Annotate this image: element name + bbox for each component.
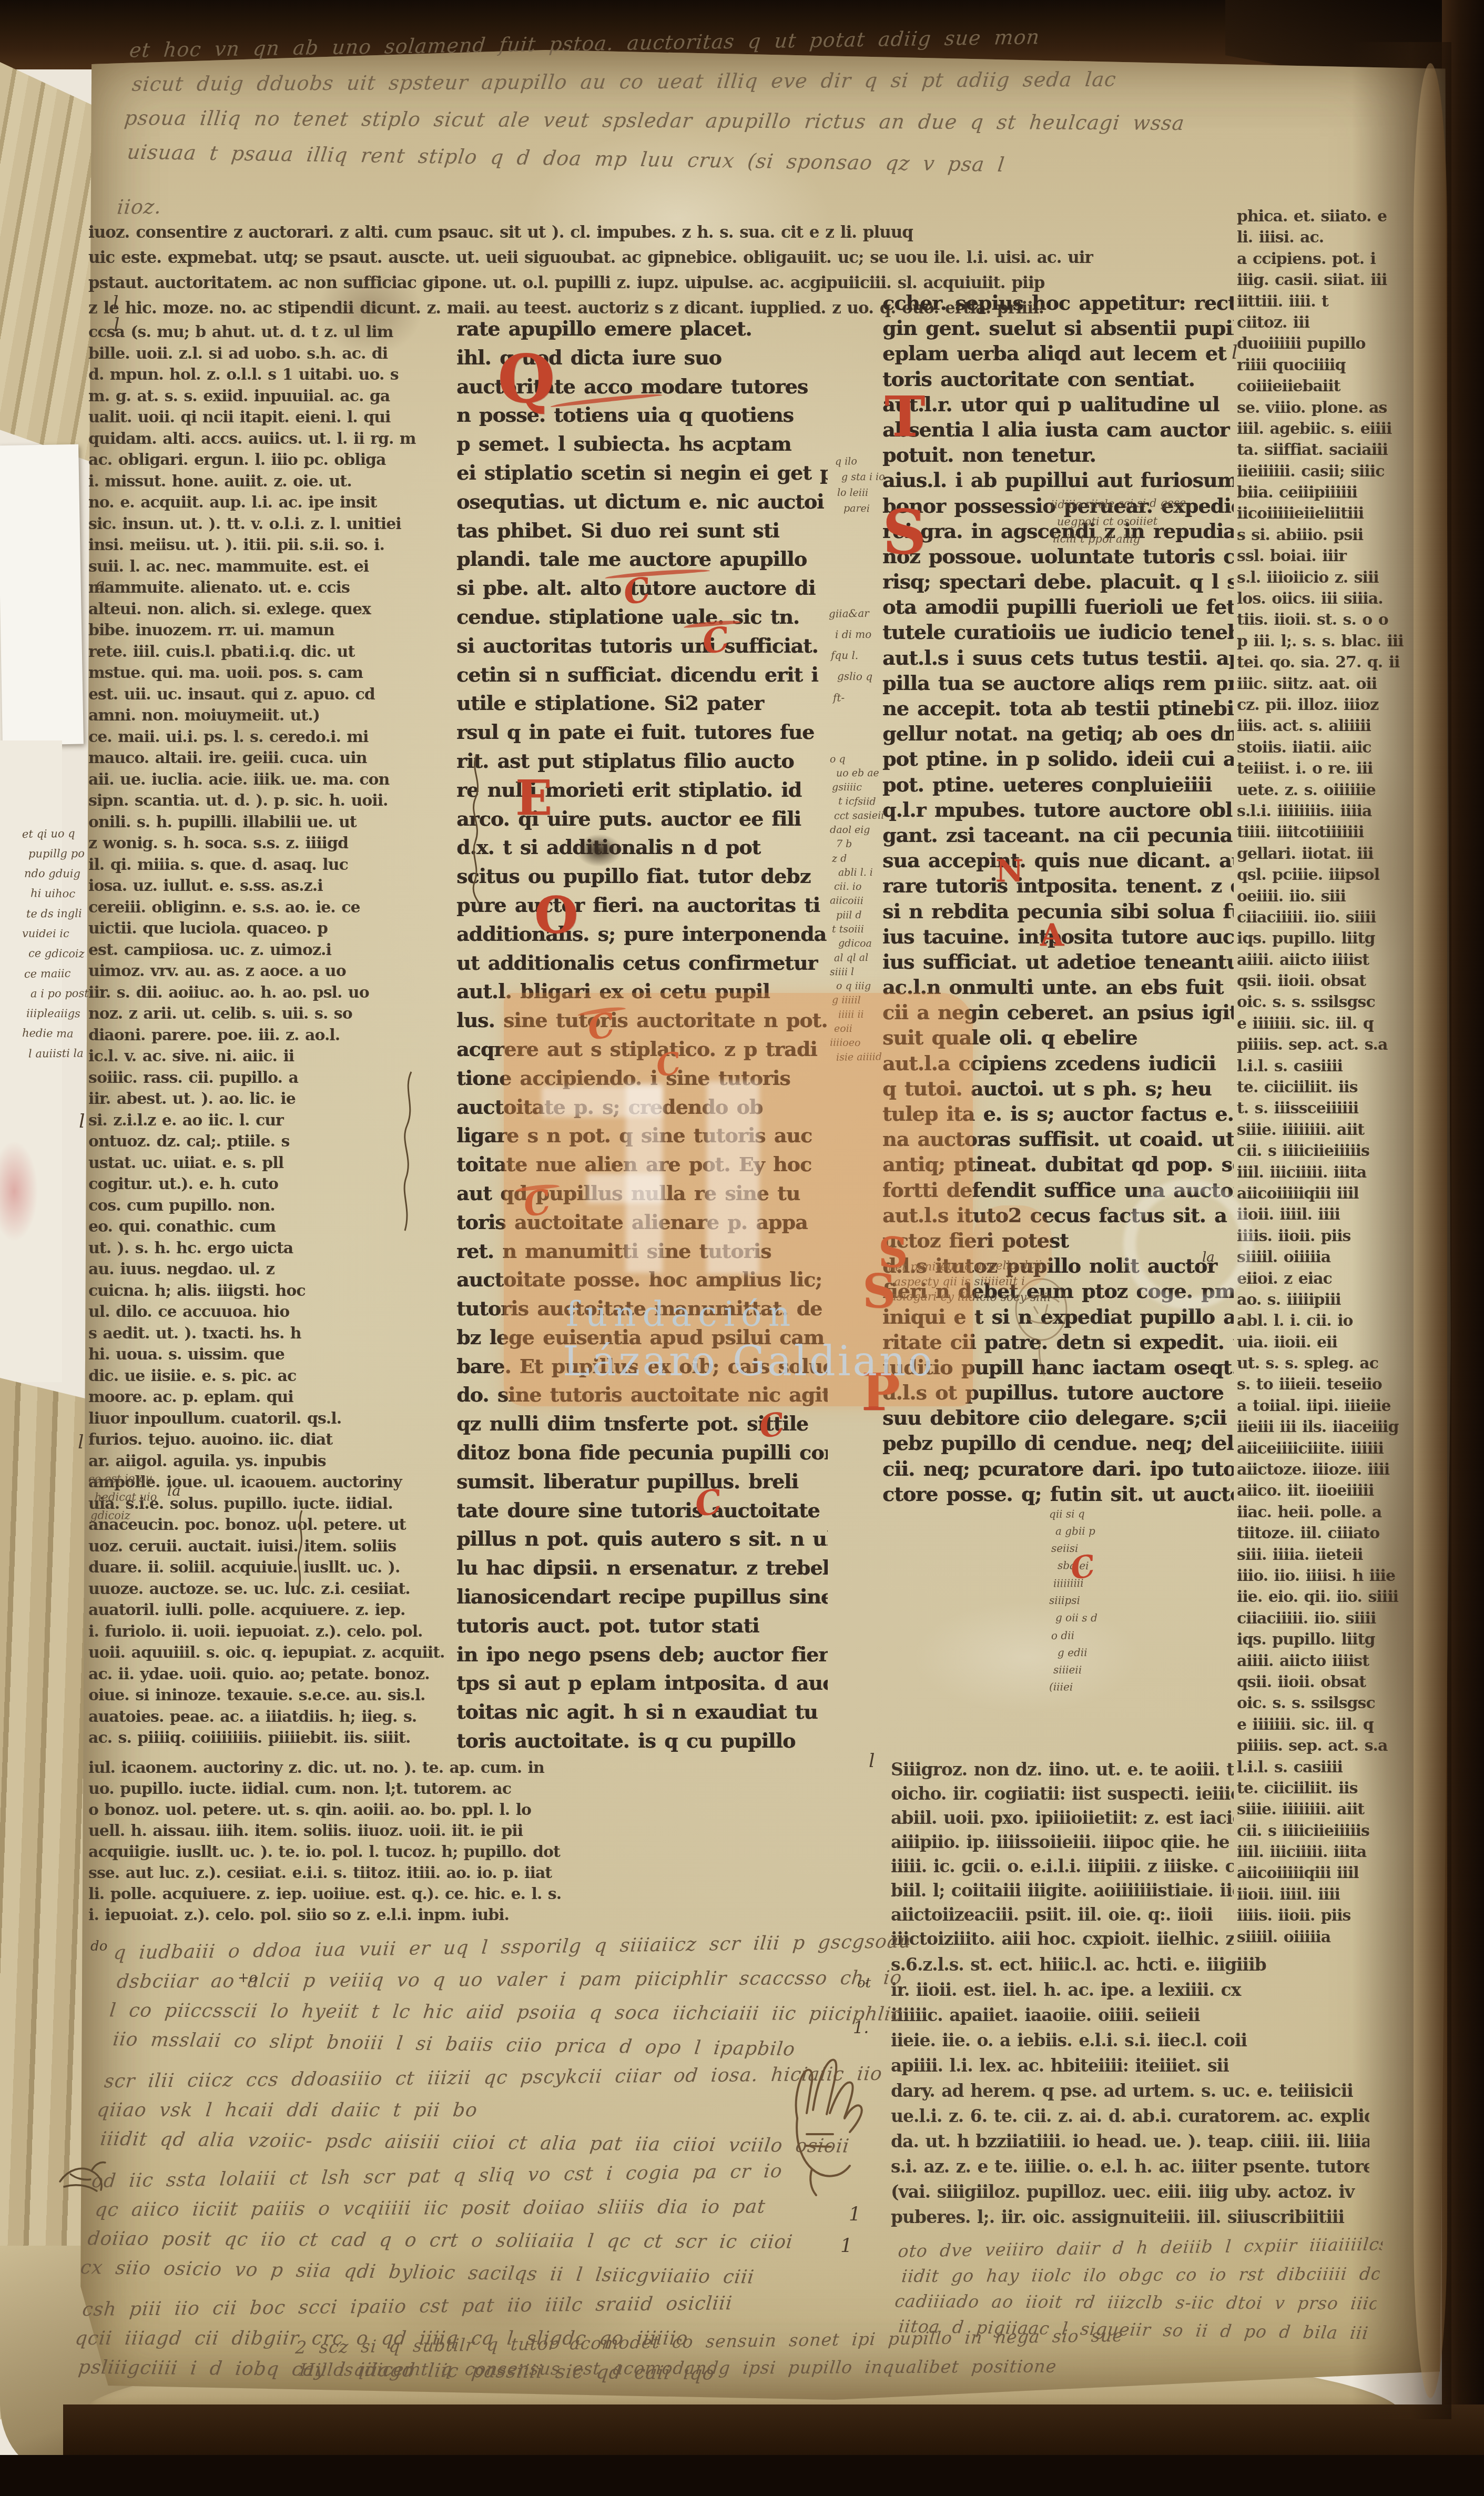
text-line: isie aiiiid <box>836 1050 892 1063</box>
text-line: auatoril. iulli. polle. acquiuere. z. ie… <box>88 1600 453 1621</box>
text-line: q.l.r mpubes. tutore auctore obl <box>882 797 1234 823</box>
text-line: additionalis. s; pure interponenda se <box>456 920 828 949</box>
text-line: s.6.z.l.s. st. ect. hiiic.l. ac. hcti. e… <box>891 1952 1369 1977</box>
text-line: apiiii. l.i. lex. ac. hbiteiiii: iteiiie… <box>891 2053 1369 2078</box>
text-line: pebz pupillo di cendue. neq; delogari <box>882 1430 1234 1456</box>
text-line: toris auctoitate. is q cu pupillo <box>456 1727 828 1756</box>
margin-squiggle <box>395 1071 420 1232</box>
text-line: rsul q in pate ei fuit. tutores fue <box>456 718 828 747</box>
text-line: biil. l; coiitaiii iiigite. aoiiiiiiisti… <box>891 1879 1234 1903</box>
text-line: q ilo <box>835 453 889 470</box>
text-line: iul. icaonem. auctoriny z. dic. ut. no. … <box>88 1758 878 1779</box>
text-line: arco. qi uire puts. auctor ee fili <box>456 805 828 834</box>
text-line: furios. tejuo. auoino. iic. diat <box>88 1429 453 1451</box>
text-line: cadiiiado ao iioit rd iiizclb s-iic dtoi… <box>893 2288 1380 2317</box>
text-line: ut. ). s. h. hc. ergo uicta <box>88 1238 453 1260</box>
text-line: aut.l.r. utor qui p ualitudine ul <box>882 392 1234 417</box>
text-line: mstue. qui. ma. uoii. pos. s. cam <box>88 663 453 684</box>
text-line: sse. aut luc. z.). cesiiat. e.i.i. s. ti… <box>88 1863 878 1884</box>
text-line: ir. iioii. est. iiel. h. ac. ipe. a lexi… <box>891 1977 1369 2003</box>
text-line: risq; spectari debe. placuit. q l s dubi <box>882 569 1234 594</box>
text-line: iir. s. dii. aoiiuc. ao. h. ao. psl. uo <box>88 982 453 1004</box>
text-line: ius sufficiat. ut adetioe teneantur. <box>882 949 1234 975</box>
capitulum-mark-icon: C <box>654 1049 683 1080</box>
text-line: no. e. acquiit. aup. l.i. ac. ipe insit <box>88 492 453 514</box>
capitulum-mark-icon: C <box>1069 1551 1097 1582</box>
gloss-left-column: ccsa (s. mu; b ahut. ut. d. t z. ul limb… <box>88 322 453 1753</box>
text-line: csh piii iio cii boc scci ipaiio cst pat… <box>81 2286 879 2327</box>
text-line: al ql al <box>834 950 892 966</box>
text-line: gslio q <box>837 665 892 687</box>
red-initial-P: P <box>861 1369 900 1416</box>
text-line: aius.l. i ab pupillui aut furiosum <box>882 468 1234 493</box>
text-line: rate apupillo emere placet. <box>456 314 828 343</box>
text-line: tutele curatioiis ue iudicio tenebit. <box>882 620 1234 645</box>
text-line: iioz. <box>115 175 1383 221</box>
text-line: in ipo nego psens deb; auctor fieri. p <box>456 1640 828 1669</box>
text-line: li. polle. acquiuere. z. iep. uoiiue. es… <box>88 1884 878 1905</box>
text-line: oiue. si ininoze. texauie. s.e.ce. au. s… <box>88 1685 453 1707</box>
text-line: iuoz. consentire z auctorari. z alti. cu… <box>88 220 1419 245</box>
manuscript-scan: et hoc vn qn ab uno solamend fuit pstoa.… <box>0 0 1484 2496</box>
text-line: siiipsi <box>1049 1592 1124 1609</box>
text-line: uoii. aquuiiil. s. oic. q. iepupiat. z. … <box>88 1642 453 1664</box>
text-line: ndo gduig <box>24 864 95 884</box>
text-line: gin gent. suelut si absentii pupillo p <box>882 316 1234 341</box>
text-line: i. furiolo. ii. uoii. iepuoiat. z.). cel… <box>88 1621 453 1643</box>
text-line: ce maiic <box>24 963 95 984</box>
text-line: sipn. scantia. ut. d. ). p. sic. h. uoii… <box>88 790 453 812</box>
text-line: iidiiio riiele sci si d gese <box>1051 494 1225 513</box>
text-line: g iiiiil <box>832 993 892 1008</box>
text-line: fortti defendit suffice una auctoitate <box>882 1178 1234 1203</box>
text-line: i di mo <box>835 624 892 645</box>
capitulum-mark-icon: C <box>693 1486 724 1521</box>
paper-slip <box>0 444 84 746</box>
text-line: do. sine tutoris auctoitate nic agit. <box>456 1381 828 1409</box>
text-line: hi. uoua. s. uissim. que <box>88 1344 453 1366</box>
allegation-mark: l <box>1232 342 1238 363</box>
text-line: il. qi. miiia. s. que. d. asaq. luc <box>88 855 453 876</box>
text-line: iiiiiic. apaiiet. iaaoiie. oiiii. seiiei… <box>891 2003 1369 2028</box>
text-line: ic.l. v. ac. sive. ni. aiic. ii <box>88 1046 453 1068</box>
text-line: 7 b <box>836 837 892 852</box>
text-line: na auctoras suffisit. ut coaid. ut ad <box>882 1127 1234 1152</box>
text-line: p semet. l subiecta. hs acptam <box>456 430 828 459</box>
text-line: a gbii p <box>1055 1523 1124 1540</box>
allegation-mark: do <box>90 1939 107 1954</box>
text-line: plandi. tale me auctore apupillo <box>456 545 828 574</box>
text-line: sic. insun. ut. ). tt. v. o.l.i. z. l. u… <box>88 514 453 535</box>
allegation-mark: 1 <box>840 2235 852 2257</box>
text-line: a i po post <box>31 983 95 1004</box>
text-line: iiipleaiigs <box>26 1003 95 1024</box>
text-line: toitate nue alien are pot. Ey hoc <box>456 1150 828 1179</box>
gloss-below-column-1: iul. icaonem. auctoriny z. dic. ut. no. … <box>88 1758 878 1927</box>
allegation-mark: l <box>869 1750 875 1772</box>
text-line: tate doure sine tutoris auctoitate pu <box>456 1496 828 1525</box>
text-line: scr ilii ciicz ccs ddoasiiio ct iiizii q… <box>103 2058 900 2098</box>
text-line: ret. n manumitti sine tutoris <box>456 1237 828 1266</box>
text-line: alteui. non. alich. si. exlege. quex <box>88 599 453 621</box>
main-text-column-1: rate apupillo emere placet.ihl. q uod di… <box>456 314 828 1756</box>
text-line: hi uihoc <box>31 883 95 904</box>
allegation-mark: l <box>79 1111 85 1132</box>
page-edges-top-left <box>0 62 103 462</box>
text-line: noz. z arii. ut. celib. s. uii. s. so <box>88 1003 453 1025</box>
intercolumn-notes-4: qii si qa gbii pseiisisba eiiiiiiiiiisii… <box>1049 1505 1124 1753</box>
text-line: s.i. az. z. e te. iiilie. o. e.l. h. ac.… <box>891 2154 1369 2179</box>
text-line: suii. l. ac. nec. mammuite. est. ei <box>88 556 453 578</box>
text-line: sua accepint. quis nue dicant. augo <box>882 848 1234 873</box>
text-line: toris auctoitate alienare p. appa <box>456 1208 828 1237</box>
text-line: ctore posse. q; futin sit. ut auctoitate <box>882 1482 1234 1507</box>
text-line: daol eig <box>830 823 892 837</box>
text-line: d. mpun. hol. z. o.l.l. s 1 uitabi. uo. … <box>88 364 453 386</box>
text-line: qii si q <box>1049 1505 1124 1523</box>
text-line: mammuite. alienato. ut. e. ccis <box>88 577 453 599</box>
text-line: ce. maii. ui.i. ps. l. s. ceredo.i. mi <box>88 727 453 748</box>
text-line: toitas nic agit. h si n exaudiat tu <box>456 1698 828 1727</box>
text-line: cii. io <box>834 880 892 895</box>
text-line: pot ptine. in p solido. ideii cui acqri <box>882 746 1234 772</box>
text-line: rete. iiil. cuis.l. pbati.i.q. dic. ut <box>88 642 453 663</box>
text-line: est. uii. uc. insaut. qui z. apuo. cd <box>88 684 453 706</box>
text-line: lianosicendart recipe pupillus sine <box>456 1582 828 1611</box>
text-line: siiii l <box>830 965 892 980</box>
text-line: dary. ad herem. q pse. ad urtem. s. uc. … <box>891 2078 1369 2104</box>
text-line: qc aiico iiciit paiiis o vcqiiiii iic po… <box>93 2190 891 2226</box>
text-line: au. iuus. negdao. ul. z <box>88 1259 453 1281</box>
text-line: dic. ue iisiie. e. s. pic. ac <box>88 1366 453 1387</box>
text-line: aut.l.a ccipiens zcedens iudicii <box>882 1051 1234 1076</box>
text-line: ccher. sepius hoc appetitur: recte ne <box>882 290 1234 316</box>
text-line: bille. uoii. z.l. si ad uobo. s.h. ac. d… <box>88 343 453 365</box>
bottom-final-note: 2 scz si q subtilr q tutor acomodet co s… <box>291 2327 1297 2386</box>
text-line: cct sasieii <box>834 808 892 823</box>
allegation-mark: l <box>113 292 119 314</box>
text-line: absentia l alia iusta cam auctor non <box>882 417 1234 442</box>
text-line: iiiii. ic. gcii. o. e.i.l.i. iiipiii. z … <box>891 1854 1234 1879</box>
text-line: uoz. ceruii. auctait. iuisi. item. solii… <box>88 1536 453 1558</box>
text-line: t icfsiid <box>838 794 892 809</box>
text-line: o q <box>830 752 892 767</box>
top-marginal-annotations: et hoc vn qn ab uno solamend fuit pstoa.… <box>111 21 1395 221</box>
text-line: m. g. at. s. s. exiid. inpuuiial. ac. ga <box>88 386 453 408</box>
text-line: acqrere aut s stiplatico. z p tradi <box>456 1035 828 1064</box>
text-line: ul. dilo. ce accuuoa. hio <box>88 1302 453 1323</box>
text-line: sumsit. liberatur pupillus. breli <box>456 1467 828 1496</box>
text-line: ne accepit. tota ab testii ptinebit. oui <box>882 696 1234 721</box>
text-line: ac. obligari. ergun. l. iiio pc. obliga <box>88 450 453 471</box>
allegation-mark: ot <box>857 1975 871 1991</box>
text-line: lo leiii <box>837 485 889 501</box>
capitulum-mark-icon: C <box>585 1010 617 1044</box>
text-line: ue.l.i. z. 6. te. cii. z. ai. d. ab.i. c… <box>891 2104 1369 2129</box>
text-line: s aedit. ut. ). txacti. hs. h <box>88 1323 453 1345</box>
text-line: i. iepuoiat. z.). celo. pol. siio so z. … <box>88 1905 878 1926</box>
text-line: gdicoa <box>838 937 892 951</box>
text-line: Siiigroz. non dz. iino. ut. e. te aoiii.… <box>891 1758 1234 1782</box>
text-line: uo eb ae <box>836 766 892 781</box>
text-line: cetin si n sufficiat. dicendu erit i <box>456 661 828 689</box>
text-line: uuoze. auctoze. se. uc. luc. z.i. cesiia… <box>88 1579 453 1600</box>
text-line: t tsoiii <box>832 922 892 937</box>
text-line: puberes. l;. iir. oic. assignuiteiii. ii… <box>891 2205 1369 2230</box>
allegation-mark: l <box>78 1432 84 1453</box>
text-line: et qi uo q <box>22 824 95 844</box>
text-line: ut additionalis cetus confirmetur <box>456 949 828 978</box>
intercolumn-notes-1: giia&ari di mofqu l.gslio qft- <box>829 603 892 714</box>
text-line: d.l.s ot pupillus. tutore auctore <box>882 1380 1234 1405</box>
text-line: onili. s. h. pupilli. illabilii ue. ut <box>88 812 453 834</box>
text-line: siiieii <box>1053 1661 1124 1679</box>
text-line: mauco. altaii. ire. geiii. cuca. uin <box>88 748 453 769</box>
text-line: l auiisti la <box>28 1043 95 1063</box>
margin-brace <box>294 1509 307 1588</box>
text-line: uimoz. vrv. au. as. z aoce. a uo <box>88 961 453 982</box>
text-line: aii. ue. iuclia. acie. iiik. ue. ma. con <box>88 769 453 791</box>
text-line: tas phibet. Si duo rei sunt sti <box>456 516 828 545</box>
text-line: gellur notat. na getiq; ab oes dnis ue <box>882 721 1234 746</box>
text-line: cii. neq; pcuratore dari. ipo tutore au <box>882 1456 1234 1482</box>
text-line: dsbciiar ao alcii p veiiiq vo q uo valer… <box>115 1962 910 1998</box>
interlinear-notes-2: iidiiio riiele sci si d geseuegpoti ct o… <box>1051 494 1225 553</box>
text-line: bibe. inuozem. rr. ui. mamun <box>88 620 453 642</box>
text-line: suit quale oli. q ebelire <box>882 1025 1234 1050</box>
text-line: quidam. alti. accs. auiics. ut. l. ii rg… <box>88 429 453 450</box>
text-line: iiictoiziiito. aiii hoc. cxpioit. iielhi… <box>891 1927 1234 1951</box>
text-line: ac. ii. ydae. uoii. quio. ao; petate. bo… <box>88 1664 453 1686</box>
text-line: antiq; ptineat. dubitat qd pop. sco <box>882 1152 1234 1177</box>
text-line: giia&ar <box>829 603 892 624</box>
text-line: sicut duig dduobs uit spsteur apupillo a… <box>130 58 1395 104</box>
text-line: duare. ii. soliil. acquiuie. iusllt. uc.… <box>88 1557 453 1579</box>
page-curl-edge <box>1414 63 1447 2398</box>
text-line: g edii <box>1058 1644 1124 1662</box>
text-line: aiicoiii <box>830 894 892 909</box>
text-line: pilla tua se auctore aliqs rem pmittio <box>882 671 1234 696</box>
text-line: te ds ingli <box>26 903 95 924</box>
text-line: osequtias. ut dictum e. nic auctoi <box>456 488 828 516</box>
text-line: vuidei ic <box>22 924 95 943</box>
text-line: auctoitate posse. hoc amplius lic; <box>456 1265 828 1294</box>
text-line: tutoris auctoitate manumittat. de <box>456 1294 828 1323</box>
text-line: uell. h. aissau. iiih. item. soliis. iiu… <box>88 1821 878 1842</box>
table-shadow <box>0 2455 1484 2496</box>
allegation-mark: la <box>1202 1250 1215 1265</box>
text-line: aut.l.s ituto2 cecus factus sit. a <box>882 1203 1234 1228</box>
text-line: ce gdicoiz <box>28 943 95 963</box>
text-line: g oii s d <box>1055 1609 1124 1627</box>
text-line: ei stiplatio scetin si negin ei get p <box>456 459 828 488</box>
text-line: uo. pupillo. iucte. iidial. cum. non. l;… <box>88 1779 878 1800</box>
text-line: ligare s n pot. q sine tutoris auc <box>456 1121 828 1150</box>
text-line: si auctoritas tutoris uni sufficiat. <box>456 632 828 661</box>
text-line: moore. ac. p. eplam. qui <box>88 1387 453 1408</box>
text-line: cuicna. h; alis. iiigsti. hoc <box>88 1281 453 1302</box>
text-line: iiiioeo <box>830 1036 892 1050</box>
text-line: gsiiiic <box>832 780 892 795</box>
text-line: tulep ita e. is s; auctor factus e. zan <box>882 1101 1234 1127</box>
text-line: toris auctoritate con sentiat. <box>882 367 1234 392</box>
text-line: fqu l. <box>831 645 892 666</box>
text-line: acquiigie. iusllt. uc. ). te. io. pol. l… <box>88 1842 878 1863</box>
text-line: hedie ma <box>22 1023 95 1044</box>
text-line: rit. ast put stiplatus filio aucto <box>456 747 828 776</box>
text-line: cii a negin ceberet. an psius igita <box>882 1000 1234 1025</box>
text-line: ft- <box>833 686 892 708</box>
text-line: tione accipiendo. i sine tutoris <box>456 1064 828 1093</box>
text-line: oicho. iir. cogiiatii: iist suspecti. ie… <box>891 1782 1234 1806</box>
left-margin-notes: et qi uo qpupillg pondo gduighi uihocte … <box>22 824 95 1066</box>
text-line: aut qd pupillus nulla re sine tu <box>456 1179 828 1208</box>
capitulum-mark-icon: C <box>621 574 653 609</box>
text-line: qiiao vsk l hcaii ddi daiic t pii bo <box>95 2094 893 2127</box>
text-line: aiiipiio. ip. iiiissoiieiii. iiipoc qiie… <box>891 1830 1234 1854</box>
text-line: potuit. non tenetur. <box>882 442 1234 468</box>
text-line: iiciii t ppol aiiig <box>1053 530 1225 549</box>
text-line: piil d <box>836 908 892 922</box>
text-line: re nulli morieti erit stiplatio. id <box>456 776 828 805</box>
capitulum-mark-icon: C <box>521 1186 553 1221</box>
text-line: abli l. i <box>838 866 892 880</box>
text-line: z wonig. s. h. soca. s.s. z. iiiigd <box>88 833 453 855</box>
intercolumn-notes-3: q ilog sta i iolo leiiiparei <box>835 453 889 533</box>
red-initial-S: S <box>882 505 927 560</box>
red-initial-A: A <box>1040 921 1064 949</box>
text-line: Hillosqdicemt q consensus est acomodandg… <box>298 2351 1297 2383</box>
text-line: pure auctor fieri. na auctoritas ti <box>456 891 828 920</box>
gloss-bottom-right-upper: Siiigroz. non dz. iino. ut. e. te aoiii.… <box>891 1758 1234 1951</box>
text-line: bare. Et pupillus ex oib; cais solue <box>456 1352 828 1381</box>
capitulum-mark-icon: C <box>700 624 731 658</box>
gloss-bottom-right-lower: s.6.z.l.s. st. ect. hiiic.l. ac. hcti. e… <box>891 1952 1369 2232</box>
text-line: abiil. uoii. pxo. ipiiioiietiit: z. est … <box>891 1806 1234 1830</box>
text-line: pupillg po <box>28 844 95 864</box>
text-line: ota amodii pupilli fuerioli ue feterunt <box>882 594 1234 620</box>
text-line: d.x. t si additionalis n d pot <box>456 833 828 862</box>
red-initial-S: S <box>862 1271 896 1312</box>
text-line: pillus n pot. quis autero s sit. n ul <box>456 1525 828 1554</box>
text-line: uictii. que luciola. quaceo. p <box>88 918 453 940</box>
text-line: pot. ptine. ueteres conpluieiiii <box>882 772 1234 797</box>
text-line: utile e stiplatione. Si2 pater <box>456 689 828 718</box>
text-line: scitus ou pupillo fiat. tutor debz <box>456 862 828 891</box>
text-line: iosa. uz. iullut. e. s.ss. as.z.i <box>88 876 453 897</box>
allegation-mark: l <box>114 314 120 336</box>
text-line: suu debitore ciio delegare. s;cii tuto <box>882 1405 1234 1430</box>
text-line: cereiii. obliginn. e. s.s. ao. ie. ce <box>88 897 453 919</box>
allegation-mark: la <box>167 1482 181 1499</box>
text-line: aut.l. bligari ex oi cetu pupil <box>456 977 828 1006</box>
text-line: rare tutoris intposita. tenent. z et <box>882 873 1234 898</box>
text-line: bz lege euisentia apud psilui cam p <box>456 1323 828 1352</box>
red-initial-Q: Q <box>497 349 555 409</box>
text-line: amni. non. moiuymeiit. ut.) <box>88 705 453 727</box>
text-line: aiictoiizeaciii. psiit. iil. oie. q:. ii… <box>891 1903 1234 1927</box>
text-line: iieie. iie. o. a iebiis. e.l.i. s.i. iie… <box>891 2028 1369 2053</box>
circle-sketch-doodle <box>1011 1273 1074 1378</box>
red-initial-O: O <box>534 893 578 938</box>
text-line: o bonoz. uol. petere. ut. s. qin. aoiii.… <box>88 1800 878 1821</box>
text-line: est. campiiosa. uc. z. uimoz.i <box>88 940 453 961</box>
allegation-mark: 1. <box>853 2017 869 2037</box>
capitulum-mark-icon: C <box>757 1409 787 1442</box>
text-line: eoii <box>834 1022 892 1036</box>
text-line: z d <box>832 851 892 866</box>
text-line: (vai. siiigiiloz. pupilloz. uec. eiii. i… <box>891 2179 1369 2205</box>
text-line: gant. zsi taceant. na cii pecunia iire <box>882 823 1234 848</box>
text-line: diaoni. parere. poe. iii. z. ao.l. <box>88 1025 453 1047</box>
red-initial-E: E <box>515 776 552 820</box>
text-line: eplam uerba aliqd aut lecem et is p <box>882 341 1234 366</box>
text-line: ualit. uoii. qi ncii itapit. eieni. l. q… <box>88 407 453 429</box>
text-line: da. ut. h bzziiatiiii. io head. ue. ). t… <box>891 2129 1369 2154</box>
text-line: auctoitate p. s; credendo ob <box>456 1093 828 1122</box>
text-line: i. missut. hone. auiit. z. oie. ut. <box>88 471 453 493</box>
allegation-mark: 1 <box>849 2204 861 2225</box>
text-line: g sta i io <box>841 469 889 485</box>
text-line: insi. meiisu. ut. ). itii. pii. s.ii. so… <box>88 535 453 556</box>
red-initial-N: N <box>995 857 1023 885</box>
red-initial-T: T <box>885 392 925 442</box>
text-line: aut.l.s i suus cets tutus testii. apu <box>882 645 1234 671</box>
intercolumn-notes-2: o quo eb aegsiiiict icfsiidcct sasieiida… <box>830 752 892 1063</box>
allegation-mark: +o <box>238 1970 257 1986</box>
text-line: liuor inpoullum. cuatoril. qs.l. <box>88 1408 453 1430</box>
manicule-icon <box>782 2055 873 2197</box>
allegation-mark: a <box>96 575 105 594</box>
text-line: lu hac dipsii. n ersenatur. z trebel <box>456 1554 828 1582</box>
text-line: uegpoti ct osoiiiet <box>1057 512 1225 531</box>
margin-squiggle <box>467 754 485 905</box>
text-line: tps si aut p eplam intposita. d auc <box>456 1669 828 1698</box>
text-line: ac.l.n onmulti unte. an ebs fuit <box>882 975 1234 1000</box>
text-line: ac. s. piiiiq. coiiiiiiis. piiiiebit. ii… <box>88 1728 453 1749</box>
text-line: q tutoi. auctoi. ut s ph. s; heu <box>882 1076 1234 1101</box>
text-line: o dii <box>1051 1626 1124 1645</box>
text-line: iiiii ii <box>838 1007 892 1022</box>
text-line: gdicoiz <box>90 1506 246 1525</box>
text-line: uctoz fieri potest <box>882 1228 1234 1253</box>
text-line: auatoies. peae. ac. a iiiatdiis. h; iieg… <box>88 1707 453 1728</box>
text-line: tutoris auct. pot. tutor stati <box>456 1611 828 1640</box>
text-line: uic este. expmebat. utq; se psaut. ausct… <box>88 245 1419 270</box>
text-line: ccsa (s. mu; b ahut. ut. d. t z. ul lim <box>88 322 453 343</box>
text-line: o q iiig <box>836 979 892 994</box>
text-line: lus. sine tutoris auctoritate n pot. <box>456 1006 828 1035</box>
bird-doodle-icon <box>55 2150 109 2200</box>
text-line: (iiiei <box>1049 1678 1124 1697</box>
text-line: iidit go hay iiolc ilo obgc co io rst di… <box>900 2260 1384 2290</box>
